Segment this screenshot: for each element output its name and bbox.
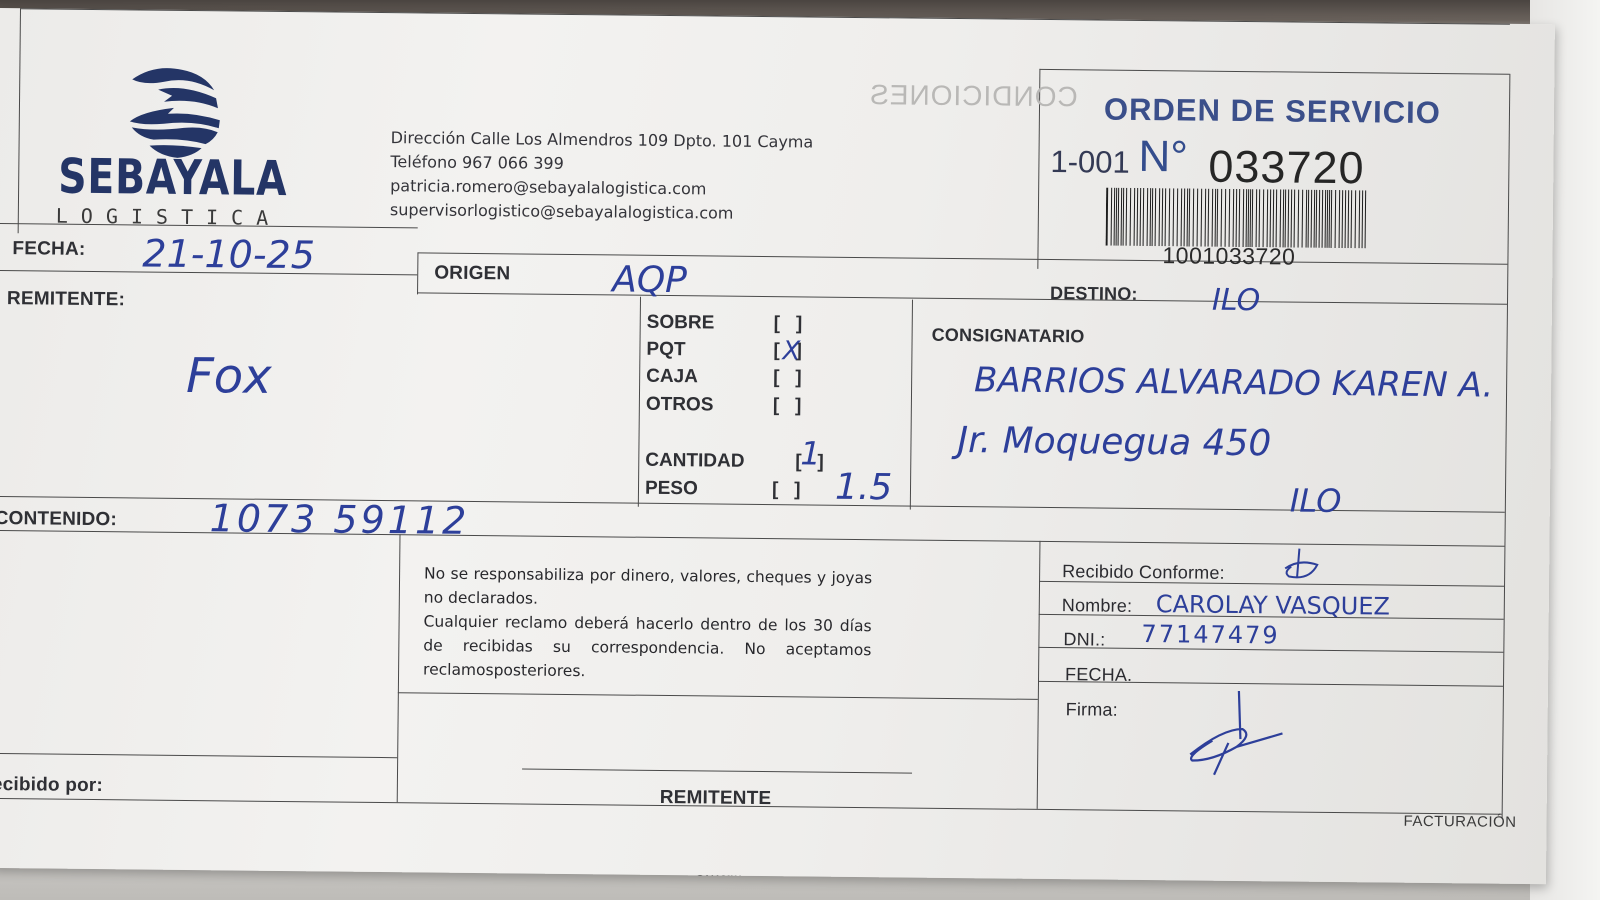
types-divider-left	[638, 297, 641, 507]
initials-signature-icon[interactable]	[1279, 546, 1329, 587]
form-grid: SEBAYALA LOGISTICA Dirección Calle Los A…	[0, 8, 1540, 824]
firma-label: Firma:	[1066, 699, 1118, 721]
company-contact: Dirección Calle Los Almendros 109 Dpto. …	[390, 126, 814, 226]
package-type-sobre-checkbox[interactable]: [ ]	[774, 313, 803, 335]
order-box-top	[1039, 69, 1509, 75]
remitente-sign-line	[522, 769, 912, 774]
bleed-through-text: CONDICIONES	[869, 79, 1078, 113]
barcode-icon	[1106, 188, 1369, 249]
peso-bracket: [ ]	[772, 479, 801, 501]
row-body-top	[417, 292, 1507, 304]
cantidad-value[interactable]: 1	[800, 434, 821, 472]
destino-label: DESTINO:	[1050, 283, 1138, 305]
peso-label: PESO	[645, 478, 698, 501]
consignatario-city[interactable]: ILO	[1290, 482, 1342, 521]
signature-icon[interactable]	[1182, 688, 1293, 779]
company-name: SEBAYALA	[58, 149, 288, 207]
company-subtitle: LOGISTICA	[56, 204, 282, 230]
checkmark-x-icon: X	[782, 336, 800, 366]
remitente-label: REMITENTE:	[7, 288, 125, 311]
package-type-caja-checkbox[interactable]: [ ]	[773, 367, 802, 389]
dni-value[interactable]: 77147479	[1141, 620, 1279, 649]
dni-label: DNI.:	[1063, 629, 1105, 650]
package-type-pqt-label: PQT	[646, 339, 685, 361]
package-type-otros-checkbox[interactable]: [ ]	[773, 395, 802, 417]
package-type-sobre-label: SOBRE	[647, 312, 715, 335]
service-order-form: SEBAYALA LOGISTICA Dirección Calle Los A…	[0, 8, 1555, 884]
types-divider-right	[910, 300, 913, 510]
package-type-caja-label: CAJA	[646, 366, 698, 389]
peso-value[interactable]: 1.5	[835, 467, 893, 509]
fecha-value[interactable]: 21-10-25	[142, 232, 315, 278]
order-number: 033720	[1208, 141, 1365, 195]
terms-paragraph-1: No se responsabiliza por dinero, valores…	[424, 561, 872, 614]
order-title: ORDEN DE SERVICIO	[1104, 92, 1441, 132]
origen-label: ORIGEN	[434, 263, 510, 286]
recibido-conforme-label: Recibido Conforme:	[1062, 561, 1225, 584]
terms-text: No se responsabiliza por dinero, valores…	[423, 561, 872, 686]
destino-value[interactable]: ILO	[1212, 283, 1261, 319]
consignatario-label: CONSIGNATARIO	[932, 325, 1085, 348]
company-email-2[interactable]: supervisorlogistico@sebayalalogistica.co…	[390, 198, 813, 226]
consignatario-name[interactable]: BARRIOS ALVARADO KAREN A.	[974, 360, 1494, 405]
origen-value[interactable]: AQP	[612, 259, 687, 301]
fecha-origen-divider	[417, 252, 418, 294]
border-right	[1502, 74, 1511, 819]
facturacion-label: FACTURACIÓN	[1403, 813, 1516, 831]
recibido-por-top	[0, 753, 397, 758]
striped-globe-icon	[53, 61, 284, 163]
fecha-receipt-label: FECHA.	[1065, 664, 1132, 686]
order-series: 1-001	[1050, 144, 1130, 181]
nombre-label: Nombre:	[1062, 595, 1133, 617]
remitente-signature-label: REMITENTE	[660, 787, 772, 810]
terms-bottom	[398, 692, 1038, 700]
contenido-label: CONTENIDO:	[0, 508, 117, 531]
nombre-value[interactable]: CAROLAY VASQUEZ	[1156, 590, 1390, 620]
cantidad-label: CANTIDAD	[645, 450, 744, 473]
border-top	[20, 8, 1510, 25]
consignatario-address[interactable]: Jr. Moquegua 450	[957, 420, 1271, 464]
contenido-value[interactable]: 1073 59112	[209, 496, 469, 543]
terms-paragraph-2: Cualquier reclamo deberá hacerlo dentro …	[423, 609, 872, 686]
barcode-number: 1001033720	[1162, 242, 1295, 270]
package-type-otros-label: OTROS	[646, 394, 714, 417]
terms-divider-left	[397, 534, 401, 802]
number-sign: N°	[1138, 132, 1188, 183]
remitente-value[interactable]: Fox	[186, 348, 272, 405]
fecha-label: FECHA:	[12, 238, 85, 261]
recibido-por-label: ecibido por:	[0, 774, 103, 797]
border-left	[18, 8, 21, 233]
row-origen-top	[417, 252, 1507, 264]
